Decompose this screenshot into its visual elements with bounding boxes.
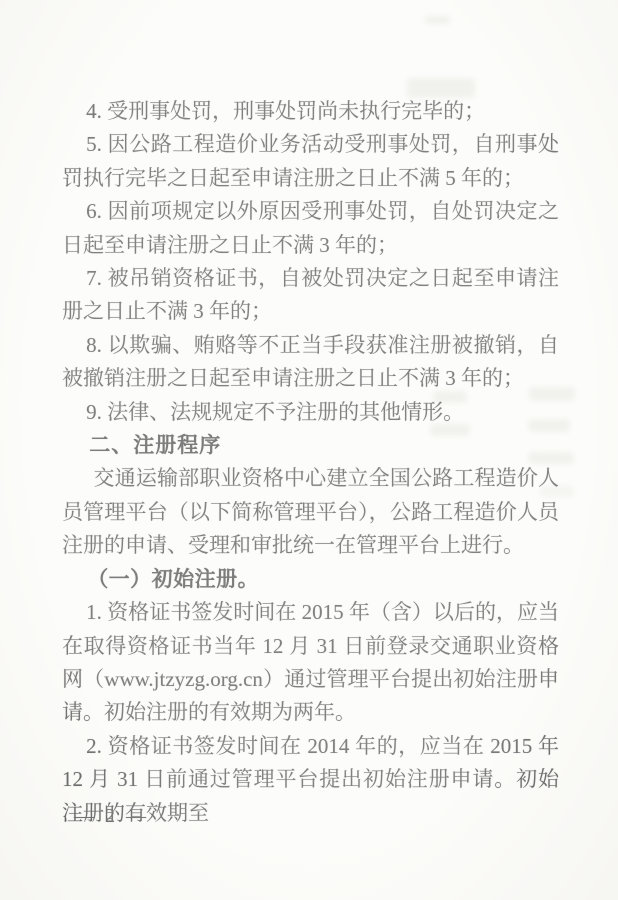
paragraph: 5. 因公路工程造价业务活动受刑事处罚，自刑事处罚执行完毕之日起至申请注册之日止… (62, 128, 559, 195)
paragraph: 7. 被吊销资格证书，自被处罚决定之日起至申请注册之日止不满 3 年的； (62, 262, 559, 329)
paragraph: 1. 资格证书签发时间在 2015 年（含）以后的，应当在取得资格证书当年 12… (62, 596, 559, 730)
bleed-through-artifact (424, 16, 450, 24)
sub-section-heading: （一）初始注册。 (62, 563, 559, 596)
paragraph: 4. 受刑事处罚，刑事处罚尚未执行完毕的； (62, 95, 559, 128)
paragraph: 8. 以欺骗、贿赂等不正当手段获准注册被撤销，自被撤销注册之日起至申请注册之日止… (62, 329, 559, 396)
document-body: 4. 受刑事处罚，刑事处罚尚未执行完毕的；5. 因公路工程造价业务活动受刑事处罚… (62, 95, 559, 830)
paragraph: 6. 因前项规定以外原因受刑事处罚，自处罚决定之日起至申请注册之日止不满 3 年… (62, 195, 559, 262)
paragraph: 9. 法律、法规规定不予注册的其他情形。 (62, 396, 559, 429)
section-heading: 二、注册程序 (62, 429, 559, 462)
scanned-document-page: 4. 受刑事处罚，刑事处罚尚未执行完毕的；5. 因公路工程造价业务活动受刑事处罚… (0, 0, 618, 900)
page-number: — 2 — (74, 805, 149, 828)
paragraph: 交通运输部职业资格中心建立全国公路工程造价人员管理平台（以下简称管理平台），公路… (62, 462, 559, 562)
